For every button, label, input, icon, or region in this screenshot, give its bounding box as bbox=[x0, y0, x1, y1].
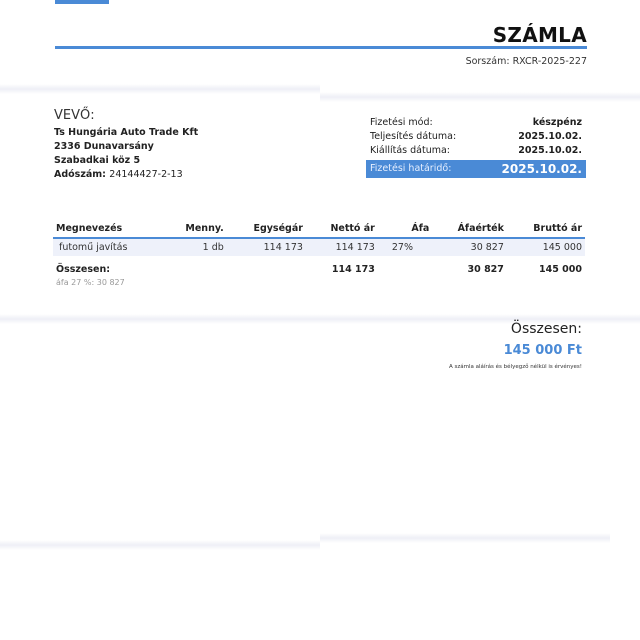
item-vat-amount: 30 827 bbox=[432, 238, 507, 256]
total-vat-amount: 30 827 bbox=[432, 256, 507, 278]
due-date-label: Fizetési határidő: bbox=[370, 162, 451, 176]
serial-value: RXCR-2025-227 bbox=[513, 56, 587, 67]
validity-note: A számla aláírás és bélyegző nélkül is é… bbox=[449, 364, 582, 370]
col-gross: Bruttó ár bbox=[507, 220, 585, 238]
table-row: futomű javítás 1 db 114 173 114 173 27% … bbox=[53, 238, 585, 256]
grand-total-amount: 145 000 Ft bbox=[449, 343, 582, 358]
buyer-name: Ts Hungária Auto Trade Kft bbox=[54, 126, 198, 140]
payment-method-value: készpénz bbox=[533, 116, 582, 130]
issue-date-label: Kiállítás dátuma: bbox=[370, 144, 450, 158]
col-name: Megnevezés bbox=[53, 220, 163, 238]
grand-total-block: Összesen: 145 000 Ft A számla aláírás és… bbox=[449, 321, 582, 370]
due-date-value: 2025.10.02. bbox=[502, 162, 582, 176]
paper-fold bbox=[320, 533, 610, 543]
line-items-table: Megnevezés Menny. Egységár Nettó ár Áfa … bbox=[53, 220, 585, 290]
issue-date-row: Kiállítás dátuma: 2025.10.02. bbox=[366, 144, 586, 158]
buyer-label: VEVŐ: bbox=[54, 108, 198, 123]
paper-fold bbox=[320, 92, 640, 102]
paper-fold bbox=[0, 540, 320, 550]
buyer-tax-label: Adószám: bbox=[54, 169, 106, 180]
col-net: Nettó ár bbox=[306, 220, 378, 238]
fulfillment-date-label: Teljesítés dátuma: bbox=[370, 130, 456, 144]
vat-breakdown: áfa 27 %: 30 827 bbox=[53, 278, 507, 290]
serial-label: Sorszám: bbox=[466, 56, 510, 67]
buyer-city: 2336 Dunavarsány bbox=[54, 140, 198, 154]
vat-breakdown-row: áfa 27 %: 30 827 bbox=[53, 278, 585, 290]
item-vat-rate: 27% bbox=[378, 238, 432, 256]
col-qty: Menny. bbox=[163, 220, 226, 238]
grand-total-label: Összesen: bbox=[449, 321, 582, 337]
buyer-tax-value: 24144427-2-13 bbox=[109, 169, 182, 180]
item-gross: 145 000 bbox=[507, 238, 585, 256]
table-header-row: Megnevezés Menny. Egységár Nettó ár Áfa … bbox=[53, 220, 585, 238]
col-vat-amount: Áfaérték bbox=[432, 220, 507, 238]
payment-method-label: Fizetési mód: bbox=[370, 116, 433, 130]
total-row: Összesen: 114 173 30 827 145 000 bbox=[53, 256, 585, 278]
item-name: futomű javítás bbox=[53, 238, 163, 256]
total-gross: 145 000 bbox=[507, 256, 585, 278]
item-qty: 1 db bbox=[163, 238, 226, 256]
buyer-street: Szabadkai köz 5 bbox=[54, 154, 198, 168]
due-date-row: Fizetési határidő: 2025.10.02. bbox=[366, 160, 586, 178]
item-net: 114 173 bbox=[306, 238, 378, 256]
issue-date-value: 2025.10.02. bbox=[518, 144, 582, 158]
header-accent-block bbox=[55, 0, 109, 4]
col-unit-price: Egységár bbox=[227, 220, 306, 238]
serial-number: Sorszám: RXCR-2025-227 bbox=[466, 56, 587, 67]
buyer-tax: Adószám: 24144427-2-13 bbox=[54, 168, 198, 182]
fulfillment-date-value: 2025.10.02. bbox=[518, 130, 582, 144]
fulfillment-date-row: Teljesítés dátuma: 2025.10.02. bbox=[366, 130, 586, 144]
invoice-meta: Fizetési mód: készpénz Teljesítés dátuma… bbox=[366, 116, 586, 178]
paper-fold bbox=[0, 84, 320, 94]
document-title: SZÁMLA bbox=[493, 23, 587, 47]
payment-method-row: Fizetési mód: készpénz bbox=[366, 116, 586, 130]
total-net: 114 173 bbox=[306, 256, 378, 278]
total-label: Összesen: bbox=[53, 256, 163, 278]
col-vat-rate: Áfa bbox=[378, 220, 432, 238]
buyer-block: VEVŐ: Ts Hungária Auto Trade Kft 2336 Du… bbox=[54, 108, 198, 182]
header-rule bbox=[55, 46, 587, 49]
item-unit-price: 114 173 bbox=[227, 238, 306, 256]
